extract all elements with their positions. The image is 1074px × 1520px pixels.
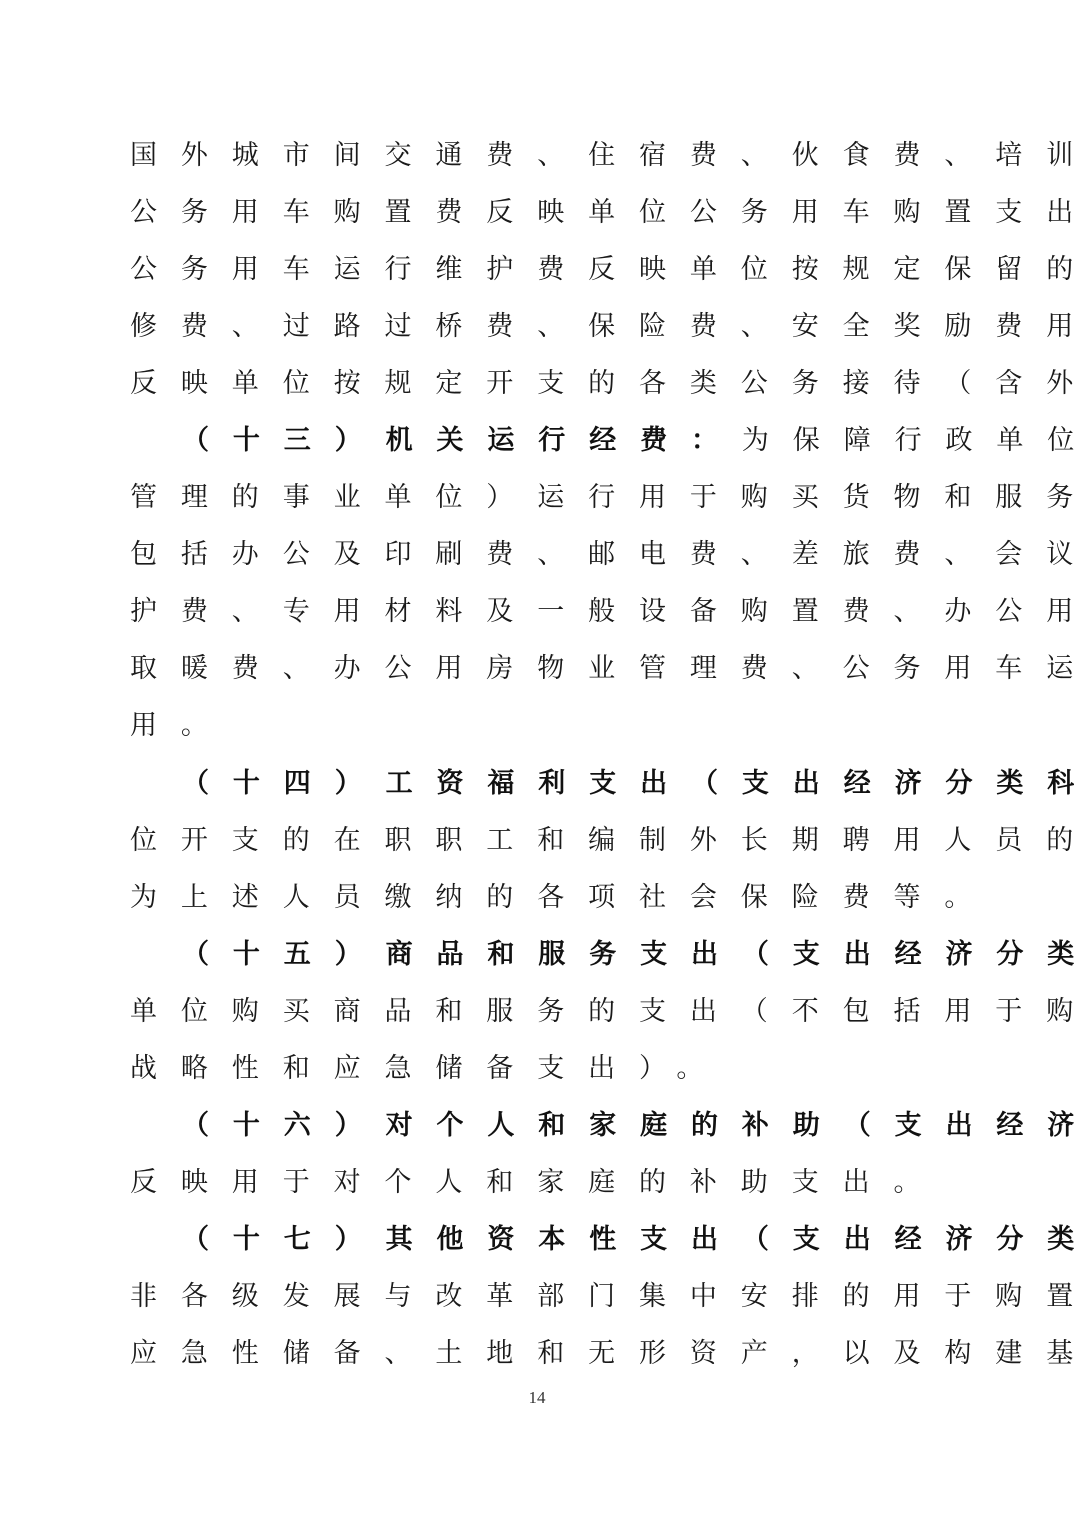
body-text-line: 用。: [130, 704, 960, 748]
section-15-heading: （十五）商品和服务支出（支出经济分类科目类级）：: [182, 939, 1074, 970]
body-text-line: 护费、专用材料及一般设备购置费、办公用房水电费、办公用房: [130, 590, 960, 634]
section-17-heading: （十七）其他资本性支出（支出经济分类科目类级）：: [182, 1224, 1074, 1255]
body-text-line: 位开支的在职职工和编制外长期聘用人员的各类劳动报酬，以及: [130, 819, 960, 863]
body-text-line: 管理的事业单位）运行用于购买货物和服务等的各项公用经费，: [130, 476, 960, 520]
section-17-first-line: （十七）其他资本性支出（支出经济分类科目类级）：反映: [182, 1218, 1012, 1262]
section-13-lead-text: 为保障行政单位（含参照公务员法: [742, 425, 1074, 456]
body-text-line: 公务用车购置费反映单位公务用车购置支出（含车辆购置税）；: [130, 191, 960, 235]
body-text-line: 公务用车运行维护费反映单位按规定保留的公务用车燃料费、维: [130, 248, 960, 292]
document-page: 国外城市间交通费、住宿费、伙食费、培训费、公杂费等支出； 公务用车购置费反映单位…: [0, 0, 1074, 1520]
body-text-line: 战略性和应急储备支出）。: [130, 1047, 960, 1091]
body-text-line: 应急性储备、土地和无形资产，以及构建基础设施、大型修缮和: [130, 1332, 960, 1376]
page-number: 14: [0, 1388, 1074, 1408]
section-13-first-line: （十三）机关运行经费：为保障行政单位（含参照公务员法: [182, 419, 1012, 463]
body-text-line: 单位购买商品和服务的支出（不包括用于购置固定资产的支出、: [130, 990, 960, 1034]
body-text-line: 非各级发展与改革部门集中安排的用于购置固定资产、战略性和: [130, 1275, 960, 1319]
body-text-line: 反映单位按规定开支的各类公务接待（含外宾接待）支出。: [130, 362, 960, 406]
body-text-line: 修费、过路过桥费、保险费、安全奖励费用等支出；公务接待费: [130, 305, 960, 349]
section-16-first-line: （十六）对个人和家庭的补助（支出经济分类科目类级）：: [182, 1104, 1012, 1148]
section-13-heading: （十三）机关运行经费：: [182, 425, 742, 456]
body-text-line: 反映用于对个人和家庭的补助支出。: [130, 1161, 960, 1205]
section-14-heading: （十四）工资福利支出（支出经济分类科目类级）：: [182, 768, 1074, 799]
section-16-heading: （十六）对个人和家庭的补助（支出经济分类科目类级）：: [182, 1110, 1074, 1141]
body-text-line: 包括办公及印刷费、邮电费、差旅费、会议费、福利费、日常维: [130, 533, 960, 577]
body-text-line: 国外城市间交通费、住宿费、伙食费、培训费、公杂费等支出；: [130, 134, 960, 178]
section-15-first-line: （十五）商品和服务支出（支出经济分类科目类级）：反映: [182, 933, 1012, 977]
body-text-line: 为上述人员缴纳的各项社会保险费等。: [130, 876, 960, 920]
section-14-first-line: （十四）工资福利支出（支出经济分类科目类级）：反映单: [182, 762, 1012, 806]
body-text-line: 取暖费、办公用房物业管理费、公务用车运行维护费以及其他费: [130, 647, 960, 691]
